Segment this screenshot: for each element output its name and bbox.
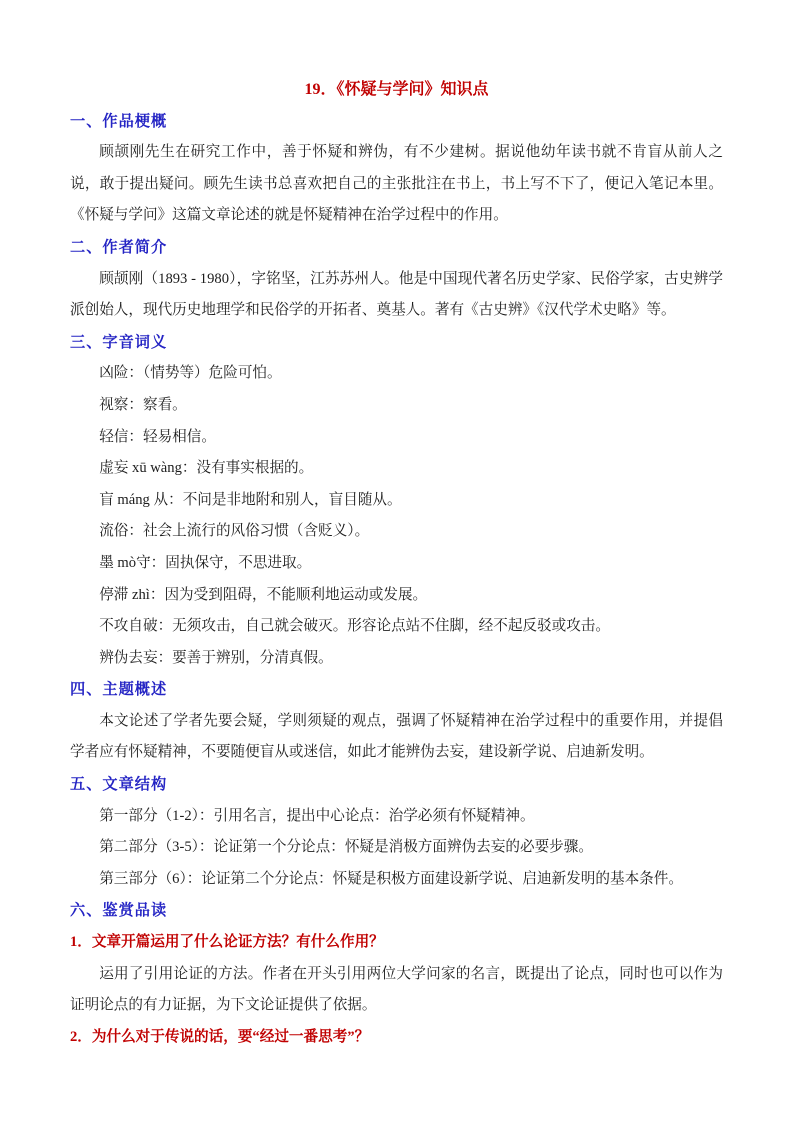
author-intro-paragraph: 顾颉刚（1893 - 1980），字铭坚，江苏苏州人。他是中国现代著名历史学家、…: [70, 264, 723, 327]
question-2: 2．为什么对于传说的话，要“经过一番思考”？: [70, 1022, 723, 1054]
theme-overview-paragraph: 本文论述了学者先要会疑，学则须疑的观点，强调了怀疑精神在治学过程中的重要作用，并…: [70, 706, 723, 769]
definition-entry: 轻信：轻易相信。: [70, 422, 723, 454]
definition-entry: 流俗：社会上流行的风俗习惯（含贬义）。: [70, 516, 723, 548]
section-heading-author-intro: 二、作者简介: [70, 232, 723, 264]
section-author-intro: 二、作者简介 顾颉刚（1893 - 1980），字铭坚，江苏苏州人。他是中国现代…: [70, 232, 723, 327]
definition-entry: 辨伪去妄：要善于辨别，分清真假。: [70, 643, 723, 675]
section-heading-theme-overview: 四、主题概述: [70, 674, 723, 706]
section-heading-appreciation-reading: 六、鉴赏品读: [70, 895, 723, 927]
section-heading-article-structure: 五、文章结构: [70, 769, 723, 801]
section-theme-overview: 四、主题概述 本文论述了学者先要会疑，学则须疑的观点，强调了怀疑精神在治学过程中…: [70, 674, 723, 769]
section-article-structure: 五、文章结构 第一部分（1-2）：引用名言，提出中心论点：治学必须有怀疑精神。 …: [70, 769, 723, 895]
definition-entry: 停滞 zhì：因为受到阻碍，不能顺利地运动或发展。: [70, 580, 723, 612]
structure-entry: 第二部分（3-5）：论证第一个分论点：怀疑是消极方面辨伪去妄的必要步骤。: [70, 832, 723, 864]
answer-1: 运用了引用论证的方法。作者在开头引用两位大学问家的名言，既提出了论点，同时也可以…: [70, 959, 723, 1022]
section-heading-pronunciation-definitions: 三、字音词义: [70, 327, 723, 359]
definition-entry: 不攻自破：无须攻击，自己就会破灭。形容论点站不住脚，经不起反驳或攻击。: [70, 611, 723, 643]
definition-entry: 盲 máng 从：不问是非地附和别人，盲目随从。: [70, 485, 723, 517]
question-1: 1．文章开篇运用了什么论证方法？有什么作用？: [70, 927, 723, 959]
structure-entry: 第一部分（1-2）：引用名言，提出中心论点：治学必须有怀疑精神。: [70, 801, 723, 833]
section-pronunciation-definitions: 三、字音词义 凶险：（情势等）危险可怕。 视察：察看。 轻信：轻易相信。 虚妄 …: [70, 327, 723, 675]
definition-entry: 凶险：（情势等）危险可怕。: [70, 358, 723, 390]
definition-entry: 虚妄 xū wàng：没有事实根据的。: [70, 453, 723, 485]
definition-entry: 视察：察看。: [70, 390, 723, 422]
work-summary-paragraph: 顾颉刚先生在研究工作中，善于怀疑和辨伪，有不少建树。据说他幼年读书就不肯盲从前人…: [70, 137, 723, 232]
structure-entry: 第三部分（6）：论证第二个分论点：怀疑是积极方面建设新学说、启迪新发明的基本条件…: [70, 864, 723, 896]
document-page: 19．《怀疑与学问》知识点 一、作品梗概 顾颉刚先生在研究工作中，善于怀疑和辨伪…: [0, 0, 793, 1122]
document-title: 19．《怀疑与学问》知识点: [70, 74, 723, 106]
section-appreciation-reading: 六、鉴赏品读 1．文章开篇运用了什么论证方法？有什么作用？ 运用了引用论证的方法…: [70, 895, 723, 1053]
section-heading-work-summary: 一、作品梗概: [70, 106, 723, 138]
section-work-summary: 一、作品梗概 顾颉刚先生在研究工作中，善于怀疑和辨伪，有不少建树。据说他幼年读书…: [70, 106, 723, 232]
definition-entry: 墨 mò守：固执保守，不思进取。: [70, 548, 723, 580]
